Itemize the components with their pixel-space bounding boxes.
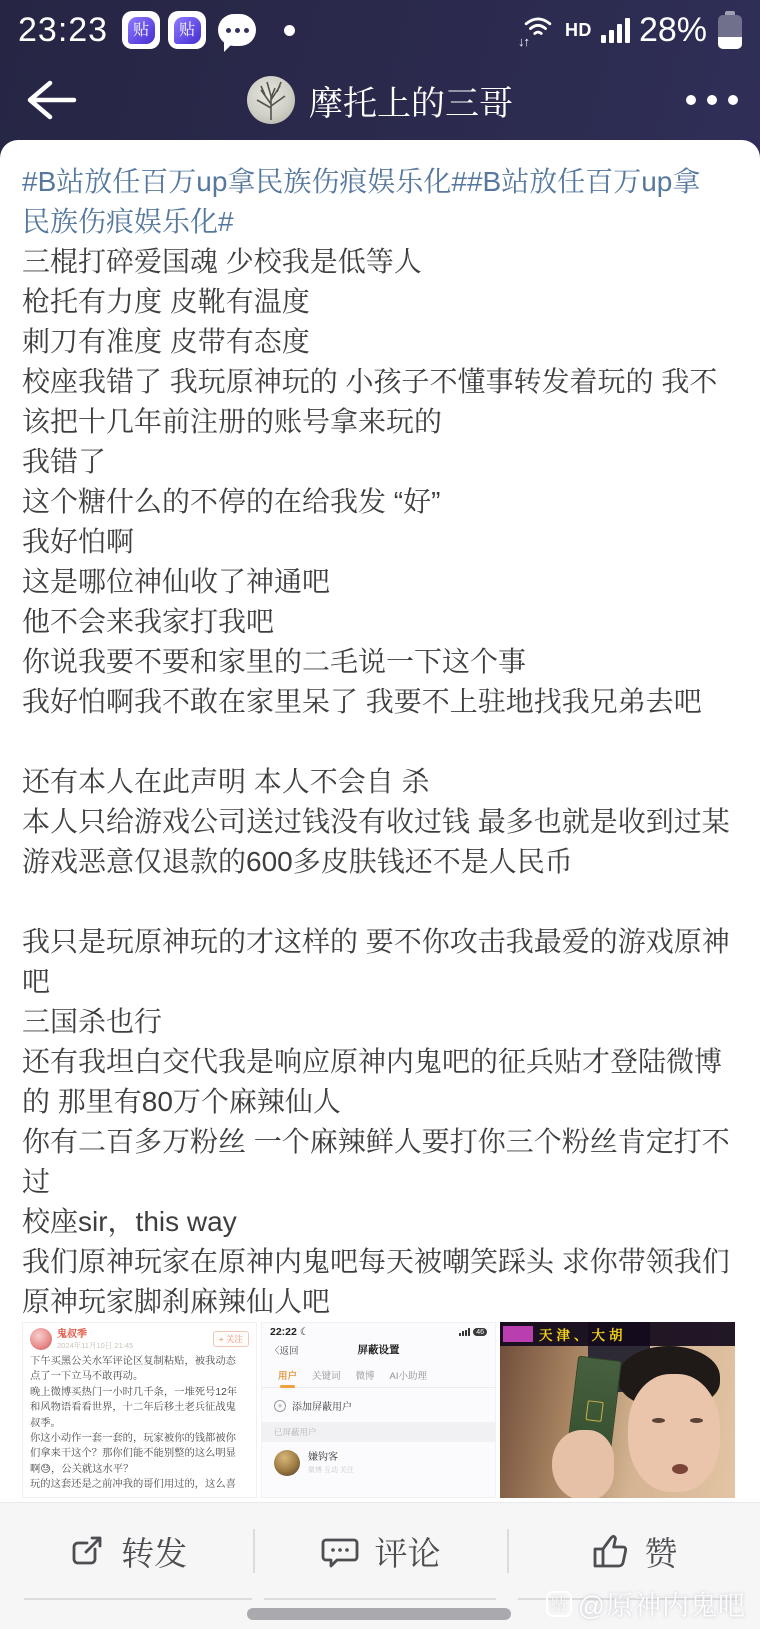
mini-avatar bbox=[30, 1328, 52, 1350]
clock-time: 23:23 bbox=[18, 11, 108, 50]
post-text-line: 原神玩家脚刹麻辣仙人吧 bbox=[22, 1282, 738, 1322]
hashtag-text-line[interactable]: 民族伤痕娱乐化# bbox=[22, 202, 738, 242]
tieba-notification-icon: 贴 bbox=[168, 11, 206, 49]
mini-post-text-line: 晚上微博买热门一小时几千条，一堆死号12年 bbox=[30, 1385, 249, 1400]
toolbar-divider bbox=[253, 1529, 255, 1573]
mini-post-text-line: 们拿来干这个？那你们能不能别整的这么明显 bbox=[30, 1446, 249, 1461]
hashtag-link: #B站放任百万up拿民族伤痕娱乐化##B站放任百万up拿民族伤痕娱乐化# bbox=[22, 162, 738, 242]
comment-button[interactable]: 评论 bbox=[253, 1528, 506, 1575]
home-indicator-bar[interactable] bbox=[247, 1608, 511, 1620]
image-grid: 鬼叔季 2024年11月10日 21:45 + 关注 下午买黑公关水军评论区复制… bbox=[0, 1322, 760, 1498]
action-toolbar: 转发 评论 赞 贴 @原神内鬼吧 bbox=[0, 1502, 760, 1629]
post-text-line: 你有二百多万粉丝 一个麻辣鲜人要打你三个粉丝肯定打不 bbox=[22, 1122, 738, 1162]
post-text-line: 我们原神玩家在原神内鬼吧每天被嘲笑踩头 求你带领我们 bbox=[22, 1242, 738, 1282]
caption-highlight-block bbox=[503, 1326, 533, 1342]
like-label: 赞 bbox=[644, 1528, 677, 1575]
mini-post-text-line: 下午买黑公关水军评论区复制粘贴，被我动态 bbox=[30, 1354, 249, 1369]
mini-post-text-line: 玩的这套还是之前冲我的哥们用过的，这么喜 bbox=[30, 1477, 249, 1492]
repost-icon bbox=[66, 1530, 108, 1572]
like-button[interactable]: 赞 bbox=[507, 1528, 760, 1575]
watermark: 贴 @原神内鬼吧 bbox=[546, 1584, 746, 1623]
post-text-line: 这是哪位神仙收了神通吧 bbox=[22, 562, 738, 602]
comment-icon bbox=[319, 1530, 361, 1572]
mini-post-header: 鬼叔季 2024年11月10日 21:45 + 关注 bbox=[30, 1328, 249, 1350]
mini-user-avatar bbox=[274, 1450, 300, 1476]
post-text-line: 该把十几年前注册的账号拿来玩的 bbox=[22, 402, 738, 442]
page-title: 摩托上的三哥 bbox=[309, 76, 513, 125]
post-text-line: 校座我错了 我玩原神玩的 小孩子不懂事转发着玩的 我不 bbox=[22, 362, 738, 402]
cell-signal-icon bbox=[601, 17, 630, 43]
mini-post-text-line: 点了一下立马不敢再动。 bbox=[30, 1369, 249, 1384]
ghost-line bbox=[24, 1598, 252, 1600]
post-text-line: 三棍打碎爱国魂 少校我是低等人 bbox=[22, 242, 738, 282]
comment-label: 评论 bbox=[374, 1528, 440, 1575]
back-arrow-icon[interactable] bbox=[22, 75, 82, 125]
mini-section-header: 已屏蔽用户 bbox=[262, 1422, 495, 1442]
watermark-text: @原神内鬼吧 bbox=[578, 1584, 746, 1623]
mini-moon-icon: ☾ bbox=[300, 1326, 309, 1338]
mini-post-text-line: 叔季。 bbox=[30, 1416, 249, 1431]
post-text-line: 吧 bbox=[22, 962, 738, 1002]
toolbar-divider bbox=[507, 1529, 509, 1573]
thumbnail-video-frame[interactable]: 天津、大胡 bbox=[500, 1322, 735, 1498]
mini-page-title: 屏蔽设置 bbox=[262, 1342, 495, 1357]
mini-clock: 22:22 bbox=[270, 1326, 297, 1338]
mini-tab: 关键词 bbox=[312, 1368, 341, 1382]
tree-photo-icon bbox=[247, 76, 295, 124]
man-eye bbox=[652, 1418, 665, 1423]
tieba-watermark-icon: 贴 bbox=[546, 1591, 572, 1617]
post-text-line bbox=[22, 722, 738, 762]
mini-post-text-line: 啊😓，公关就这水平？ bbox=[30, 1462, 249, 1477]
hashtag-text-line[interactable]: #B站放任百万up拿民族伤痕娱乐化##B站放任百万up拿 bbox=[22, 162, 738, 202]
profile-avatar[interactable] bbox=[247, 76, 295, 124]
mini-tab: 用户 bbox=[278, 1368, 297, 1382]
notification-dot-icon bbox=[284, 25, 295, 36]
thumbnail-block-settings[interactable]: 22:22 ☾ 46 〈返回 屏蔽设置 用户关键词微博AI小助理 + 添加屏蔽用… bbox=[261, 1322, 496, 1498]
mini-follow-button: + 关注 bbox=[213, 1331, 249, 1347]
ghost-line bbox=[264, 1598, 496, 1600]
post-text-line: 的 那里有80万个麻辣仙人 bbox=[22, 1082, 738, 1122]
mini-battery-badge: 46 bbox=[473, 1328, 487, 1336]
mini-add-blocked-user-row: + 添加屏蔽用户 bbox=[262, 1388, 495, 1422]
post-text-line: 他不会来我家打我吧 bbox=[22, 602, 738, 642]
post-text-line: 我好怕啊 bbox=[22, 522, 738, 562]
post-text-line: 刺刀有准度 皮带有态度 bbox=[22, 322, 738, 362]
wifi-traffic-arrows-icon: ↓↑ bbox=[518, 34, 529, 49]
plus-icon: + bbox=[274, 1400, 286, 1412]
tieba-notification-icon: 贴 bbox=[122, 11, 160, 49]
repost-button[interactable]: 转发 bbox=[0, 1528, 253, 1575]
mini-user-name: 嫌钩客 bbox=[308, 1452, 354, 1464]
man-hand bbox=[552, 1430, 614, 1498]
post-text-line: 枪托有力度 皮靴有温度 bbox=[22, 282, 738, 322]
post-text: #B站放任百万up拿民族伤痕娱乐化##B站放任百万up拿民族伤痕娱乐化# 三棍打… bbox=[0, 140, 760, 1322]
mini-tab: AI小助理 bbox=[390, 1368, 427, 1382]
post-text-line: 我好怕啊我不敢在家里呆了 我要不上驻地找我兄弟去吧 bbox=[22, 682, 738, 722]
mini-post-date: 2024年11月10日 21:45 bbox=[57, 1341, 133, 1350]
mini-user-meta: 微博 互动 关注 bbox=[308, 1466, 354, 1475]
battery-percent: 28% bbox=[639, 11, 707, 50]
post-text-line: 游戏恶意仅退款的600多皮肤钱还不是人民币 bbox=[22, 842, 738, 882]
thumbnail-weibo-post[interactable]: 鬼叔季 2024年11月10日 21:45 + 关注 下午买黑公关水军评论区复制… bbox=[22, 1322, 257, 1498]
mini-username: 鬼叔季 bbox=[57, 1329, 133, 1341]
battery-icon bbox=[718, 11, 742, 49]
mini-status-bar: 22:22 ☾ 46 bbox=[262, 1323, 495, 1338]
phone-screen: 23:23 贴 贴 ↓↑ HD 28% bbox=[0, 0, 760, 1629]
hd-voice-label: HD bbox=[565, 20, 592, 41]
mini-blocked-user-row: 嫌钩客 微博 互动 关注 bbox=[262, 1442, 495, 1484]
mini-post-text-line: 你这小动作一套一套的，玩家被你的钱都被你 bbox=[30, 1431, 249, 1446]
post-text-line: 校座sir，this way bbox=[22, 1202, 738, 1242]
mini-signal-icon bbox=[459, 1328, 470, 1336]
post-text-line: 还有本人在此声明 本人不会自 杀 bbox=[22, 762, 738, 802]
post-text-line: 你说我要不要和家里的二毛说一下这个事 bbox=[22, 642, 738, 682]
man-eye bbox=[690, 1418, 703, 1423]
man-mouth bbox=[672, 1464, 688, 1474]
post-text-line: 过 bbox=[22, 1162, 738, 1202]
post-text-line: 我只是玩原神玩的才这样的 要不你攻击我最爱的游戏原神 bbox=[22, 922, 738, 962]
video-caption-text: 天津、大胡 bbox=[539, 1324, 627, 1344]
nav-bar: 摩托上的三哥 bbox=[0, 60, 760, 140]
post-text-line: 本人只给游戏公司送过钱没有收过钱 最多也就是收到过某 bbox=[22, 802, 738, 842]
man-face bbox=[628, 1374, 720, 1492]
mini-post-body: 下午买黑公关水军评论区复制粘贴，被我动态点了一下立马不敢再动。晚上微博买热门一小… bbox=[30, 1354, 249, 1493]
status-bar: 23:23 贴 贴 ↓↑ HD 28% bbox=[0, 0, 760, 60]
like-icon bbox=[589, 1530, 631, 1572]
mini-add-label: 添加屏蔽用户 bbox=[292, 1398, 352, 1413]
post-text-line: 我错了 bbox=[22, 442, 738, 482]
post-body: 三棍打碎爱国魂 少校我是低等人枪托有力度 皮靴有温度刺刀有准度 皮带有态度校座我… bbox=[22, 242, 738, 1322]
repost-label: 转发 bbox=[121, 1528, 187, 1575]
wifi-icon: ↓↑ bbox=[520, 15, 556, 45]
post-text-line: 三国杀也行 bbox=[22, 1002, 738, 1042]
post-text-line: 这个糖什么的不停的在给我发 “好” bbox=[22, 482, 738, 522]
message-bubble-icon bbox=[218, 14, 256, 46]
mini-nav-bar: 〈返回 屏蔽设置 bbox=[262, 1340, 495, 1362]
post-card: #B站放任百万up拿民族伤痕娱乐化##B站放任百万up拿民族伤痕娱乐化# 三棍打… bbox=[0, 140, 760, 1629]
mini-tab: 微博 bbox=[356, 1368, 375, 1382]
video-caption-strip: 天津、大胡 bbox=[500, 1322, 735, 1346]
more-menu-icon[interactable] bbox=[686, 85, 738, 115]
post-text-line: 还有我坦白交代我是响应原神内鬼吧的征兵贴才登陆微博 bbox=[22, 1042, 738, 1082]
mini-post-text-line: 和风物语看看世界，十二年后移土老兵征战鬼 bbox=[30, 1400, 249, 1415]
post-text-line bbox=[22, 882, 738, 922]
mini-tab-bar: 用户关键词微博AI小助理 bbox=[262, 1362, 495, 1388]
